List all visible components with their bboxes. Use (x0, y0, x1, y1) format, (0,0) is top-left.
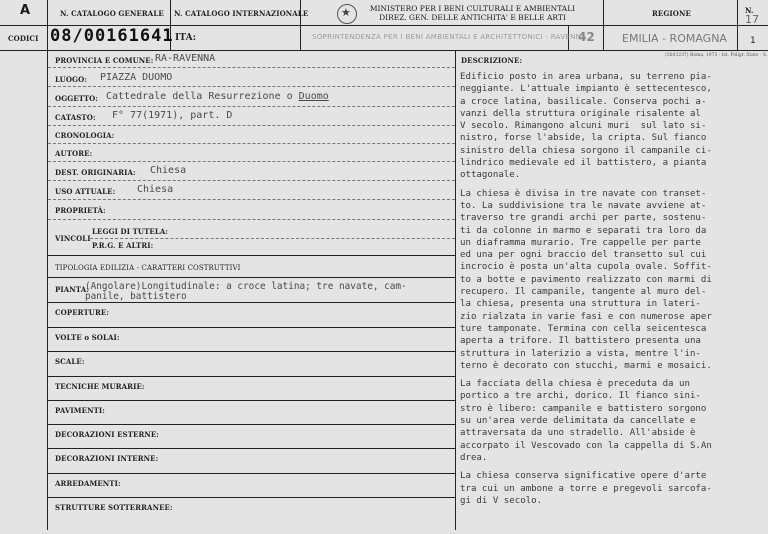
descrizione-paragraph: La chiesa è divisa in tre navate con tra… (460, 188, 760, 372)
divider (48, 161, 455, 162)
scale-label: SCALE: (55, 357, 85, 366)
cronologia-label: CRONOLOGIA: (55, 131, 114, 140)
dest-originaria-label: DEST. ORIGINARIA: (55, 168, 136, 177)
section-letter: A (20, 3, 30, 18)
republic-emblem-icon (337, 4, 357, 24)
divider (48, 106, 455, 107)
decorazioni-interne-label: DECORAZIONI INTERNE: (55, 454, 158, 463)
coperture-label: COPERTURE: (55, 308, 109, 317)
divider (48, 255, 455, 256)
divider (603, 0, 604, 50)
strutture-sotterranee-label: STRUTTURE SOTTERRANEE: (55, 503, 173, 512)
catalogo-internazionale-label: N. CATALOGO INTERNAZIONALE (174, 9, 308, 18)
sheet-number: 1 (750, 36, 756, 46)
ita-label: ITA: (175, 33, 196, 43)
catalogo-generale-label: N. CATALOGO GENERALE (60, 9, 164, 18)
uso-attuale-label: USO ATTUALE: (55, 187, 115, 196)
oggetto-label: OGGETTO: (55, 94, 98, 103)
regione-value: EMILIA - ROMAGNA (622, 32, 727, 45)
arredamenti-label: ARREDAMENTI: (55, 479, 121, 488)
divider (48, 473, 455, 474)
oggetto-text: Cattedrale della Resurrezione o (106, 91, 299, 102)
tipologia-heading: TIPOLOGIA EDILIZIA - CARATTERI COSTRUTTI… (55, 264, 240, 272)
soprintendenza: SOPRINTENDENZA PER I BENI AMBIENTALI E A… (312, 33, 586, 41)
descrizione-label: DESCRIZIONE: (461, 56, 522, 65)
divider (48, 302, 455, 303)
divider (47, 0, 48, 50)
divider (455, 50, 456, 530)
pianta-label: PIANTA: (55, 285, 89, 294)
luogo-label: LUOGO: (55, 75, 87, 84)
autore-label: AUTORE: (55, 149, 92, 158)
divider (48, 400, 455, 401)
soprintendenza-code: 42 (578, 30, 595, 44)
leggi-tutela-label: LEGGI DI TUTELA: (92, 227, 168, 236)
divider (48, 125, 455, 126)
descrizione-paragraph: La facciata della chiesa è preceduta da … (460, 378, 760, 464)
uso-attuale-value: Chiesa (137, 184, 173, 195)
divider (48, 351, 455, 352)
dest-originaria-value: Chiesa (150, 165, 186, 176)
codici-value: 08/00161641 (50, 26, 174, 46)
divider (48, 327, 455, 328)
regione-label: REGIONE (652, 9, 691, 18)
catasto-value: F° 77(1971), part. D (112, 110, 232, 121)
divider (48, 376, 455, 377)
oggetto-underlined: Duomo (299, 91, 329, 102)
divider (0, 50, 768, 51)
proprieta-label: PROPRIETÀ: (55, 206, 106, 215)
divider (48, 199, 455, 200)
pavimenti-label: PAVIMENTI: (55, 406, 105, 415)
divider (90, 238, 455, 239)
divider (48, 143, 455, 144)
volte-solai-label: VOLTE o SOLAI: (55, 333, 120, 342)
provincia-value: RA-RAVENNA (155, 53, 215, 64)
descrizione-paragraph: Edificio posto in area urbana, su terren… (460, 71, 760, 182)
codici-label: CODICI (8, 34, 38, 43)
ministero-line1: MINISTERO PER I BENI CULTURALI E AMBIENT… (365, 4, 580, 13)
catalog-card: A N. CATALOGO GENERALE N. CATALOGO INTER… (0, 0, 768, 534)
provincia-label: PROVINCIA E COMUNE: (55, 56, 153, 65)
prg-label: P.R.G. E ALTRI: (92, 241, 153, 250)
ministero-line2: DIREZ. GEN. DELLE ANTICHITA' E BELLE ART… (365, 13, 580, 22)
divider (48, 497, 455, 498)
divider (48, 448, 455, 449)
oggetto-value: Cattedrale della Resurrezione o Duomo (106, 91, 329, 102)
pianta-line2: panile, battistero (85, 291, 187, 302)
ministero-heading: MINISTERO PER I BENI CULTURALI E AMBIENT… (365, 4, 580, 22)
divider (300, 0, 301, 50)
divider (48, 277, 455, 278)
catasto-label: CATASTO: (55, 113, 96, 122)
descrizione-paragraph: La chiesa conserva significative opere d… (460, 470, 760, 507)
print-note: (5603237) Roma, 1973 - Ist. Poligr. Stat… (665, 53, 768, 58)
divider (737, 0, 738, 50)
divider (48, 86, 455, 87)
vincoli-label: VINCOLI (55, 234, 91, 243)
luogo-value: PIAZZA DUOMO (100, 72, 172, 83)
descrizione-text: Edificio posto in area urbana, su terren… (460, 71, 760, 513)
divider (48, 424, 455, 425)
tecniche-murarie-label: TECNICHE MURARIE: (55, 382, 145, 391)
divider (47, 50, 48, 530)
divider (48, 219, 455, 220)
divider (48, 67, 455, 68)
n-handwritten: 17 (745, 13, 759, 26)
decorazioni-esterne-label: DECORAZIONI ESTERNE: (55, 430, 159, 439)
divider (48, 180, 455, 181)
